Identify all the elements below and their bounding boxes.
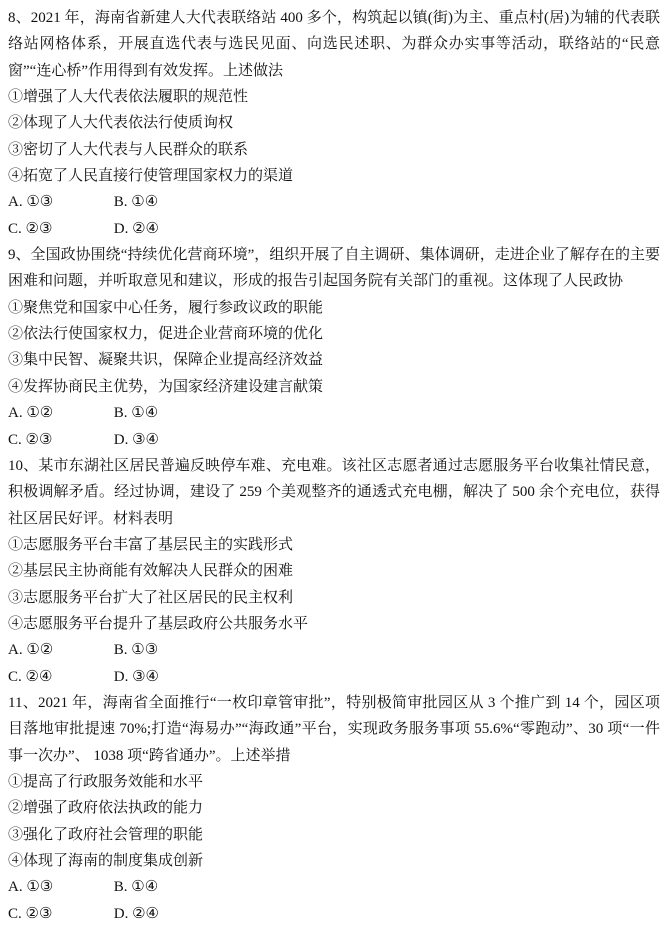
question-10-choices-row-1: A. ①② B. ①③: [8, 637, 660, 663]
question-9-stem: 9、全国政协围绕“持续优化营商环境”，组织开展了自主调研、集体调研，走进企业了解…: [8, 242, 660, 295]
question-8-choices-row-2: C. ②③ D. ②④: [8, 216, 660, 242]
question-10-choice-c: C. ②④: [8, 664, 110, 690]
question-8-choice-a: A. ①③: [8, 189, 110, 215]
question-10-stem: 10、某市东湖社区居民普遍反映停车难、充电难。该社区志愿者通过志愿服务平台收集社…: [8, 453, 660, 532]
question-8-choices-row-1: A. ①③ B. ①④: [8, 189, 660, 215]
question-11-statement-1: ①提高了行政服务效能和水平: [8, 769, 660, 795]
question-10: 10、某市东湖社区居民普遍反映停车难、充电难。该社区志愿者通过志愿服务平台收集社…: [8, 453, 660, 690]
question-9-choice-a: A. ①②: [8, 400, 110, 426]
question-9-statement-2: ②依法行使国家权力，促进企业营商环境的优化: [8, 321, 660, 347]
question-8-statement-4: ④拓宽了人民直接行使管理国家权力的渠道: [8, 163, 660, 189]
question-11-statement-4: ④体现了海南的制度集成创新: [8, 848, 660, 874]
question-9-statement-4: ④发挥协商民主优势，为国家经济建设建言献策: [8, 374, 660, 400]
question-9-statement-3: ③集中民智、凝聚共识，保障企业提高经济效益: [8, 347, 660, 373]
question-8-stem: 8、2021 年，海南省新建人大代表联络站 400 多个，构筑起以镇(街)为主、…: [8, 5, 660, 84]
question-11-statement-3: ③强化了政府社会管理的职能: [8, 822, 660, 848]
question-9-choice-c: C. ②③: [8, 427, 110, 453]
question-10-statement-4: ④志愿服务平台提升了基层政府公共服务水平: [8, 611, 660, 637]
question-10-choice-b: B. ①③: [114, 637, 158, 663]
question-11-statement-2: ②增强了政府依法执政的能力: [8, 795, 660, 821]
question-11-choice-c: C. ②③: [8, 901, 110, 927]
question-11-stem: 11、2021 年，海南省全面推行“一枚印章管审批”，特别极简审批园区从 3 个…: [8, 690, 660, 769]
question-11-choice-a: A. ①③: [8, 874, 110, 900]
exam-document: 8、2021 年，海南省新建人大代表联络站 400 多个，构筑起以镇(街)为主、…: [0, 0, 669, 937]
question-9-choice-d: D. ③④: [114, 427, 159, 453]
question-10-choice-d: D. ③④: [114, 664, 159, 690]
question-11-choice-d: D. ②④: [114, 901, 159, 927]
question-9-choice-b: B. ①④: [114, 400, 158, 426]
question-8: 8、2021 年，海南省新建人大代表联络站 400 多个，构筑起以镇(街)为主、…: [8, 5, 660, 242]
question-8-choice-c: C. ②③: [8, 216, 110, 242]
question-9: 9、全国政协围绕“持续优化营商环境”，组织开展了自主调研、集体调研，走进企业了解…: [8, 242, 660, 453]
question-9-choices-row-2: C. ②③ D. ③④: [8, 427, 660, 453]
question-10-choices-row-2: C. ②④ D. ③④: [8, 664, 660, 690]
question-10-statement-2: ②基层民主协商能有效解决人民群众的困难: [8, 558, 660, 584]
question-11-choice-b: B. ①④: [114, 874, 158, 900]
question-9-choices-row-1: A. ①② B. ①④: [8, 400, 660, 426]
question-9-statement-1: ①聚焦党和国家中心任务，履行参政议政的职能: [8, 295, 660, 321]
question-10-statement-1: ①志愿服务平台丰富了基层民主的实践形式: [8, 532, 660, 558]
question-11: 11、2021 年，海南省全面推行“一枚印章管审批”，特别极简审批园区从 3 个…: [8, 690, 660, 927]
question-10-statement-3: ③志愿服务平台扩大了社区居民的民主权利: [8, 585, 660, 611]
question-11-choices-row-2: C. ②③ D. ②④: [8, 901, 660, 927]
question-10-choice-a: A. ①②: [8, 637, 110, 663]
question-8-choice-b: B. ①④: [114, 189, 158, 215]
question-8-choice-d: D. ②④: [114, 216, 159, 242]
question-11-choices-row-1: A. ①③ B. ①④: [8, 874, 660, 900]
question-8-statement-1: ①增强了人大代表依法履职的规范性: [8, 84, 660, 110]
question-8-statement-3: ③密切了人大代表与人民群众的联系: [8, 137, 660, 163]
question-8-statement-2: ②体现了人大代表依法行使质询权: [8, 110, 660, 136]
